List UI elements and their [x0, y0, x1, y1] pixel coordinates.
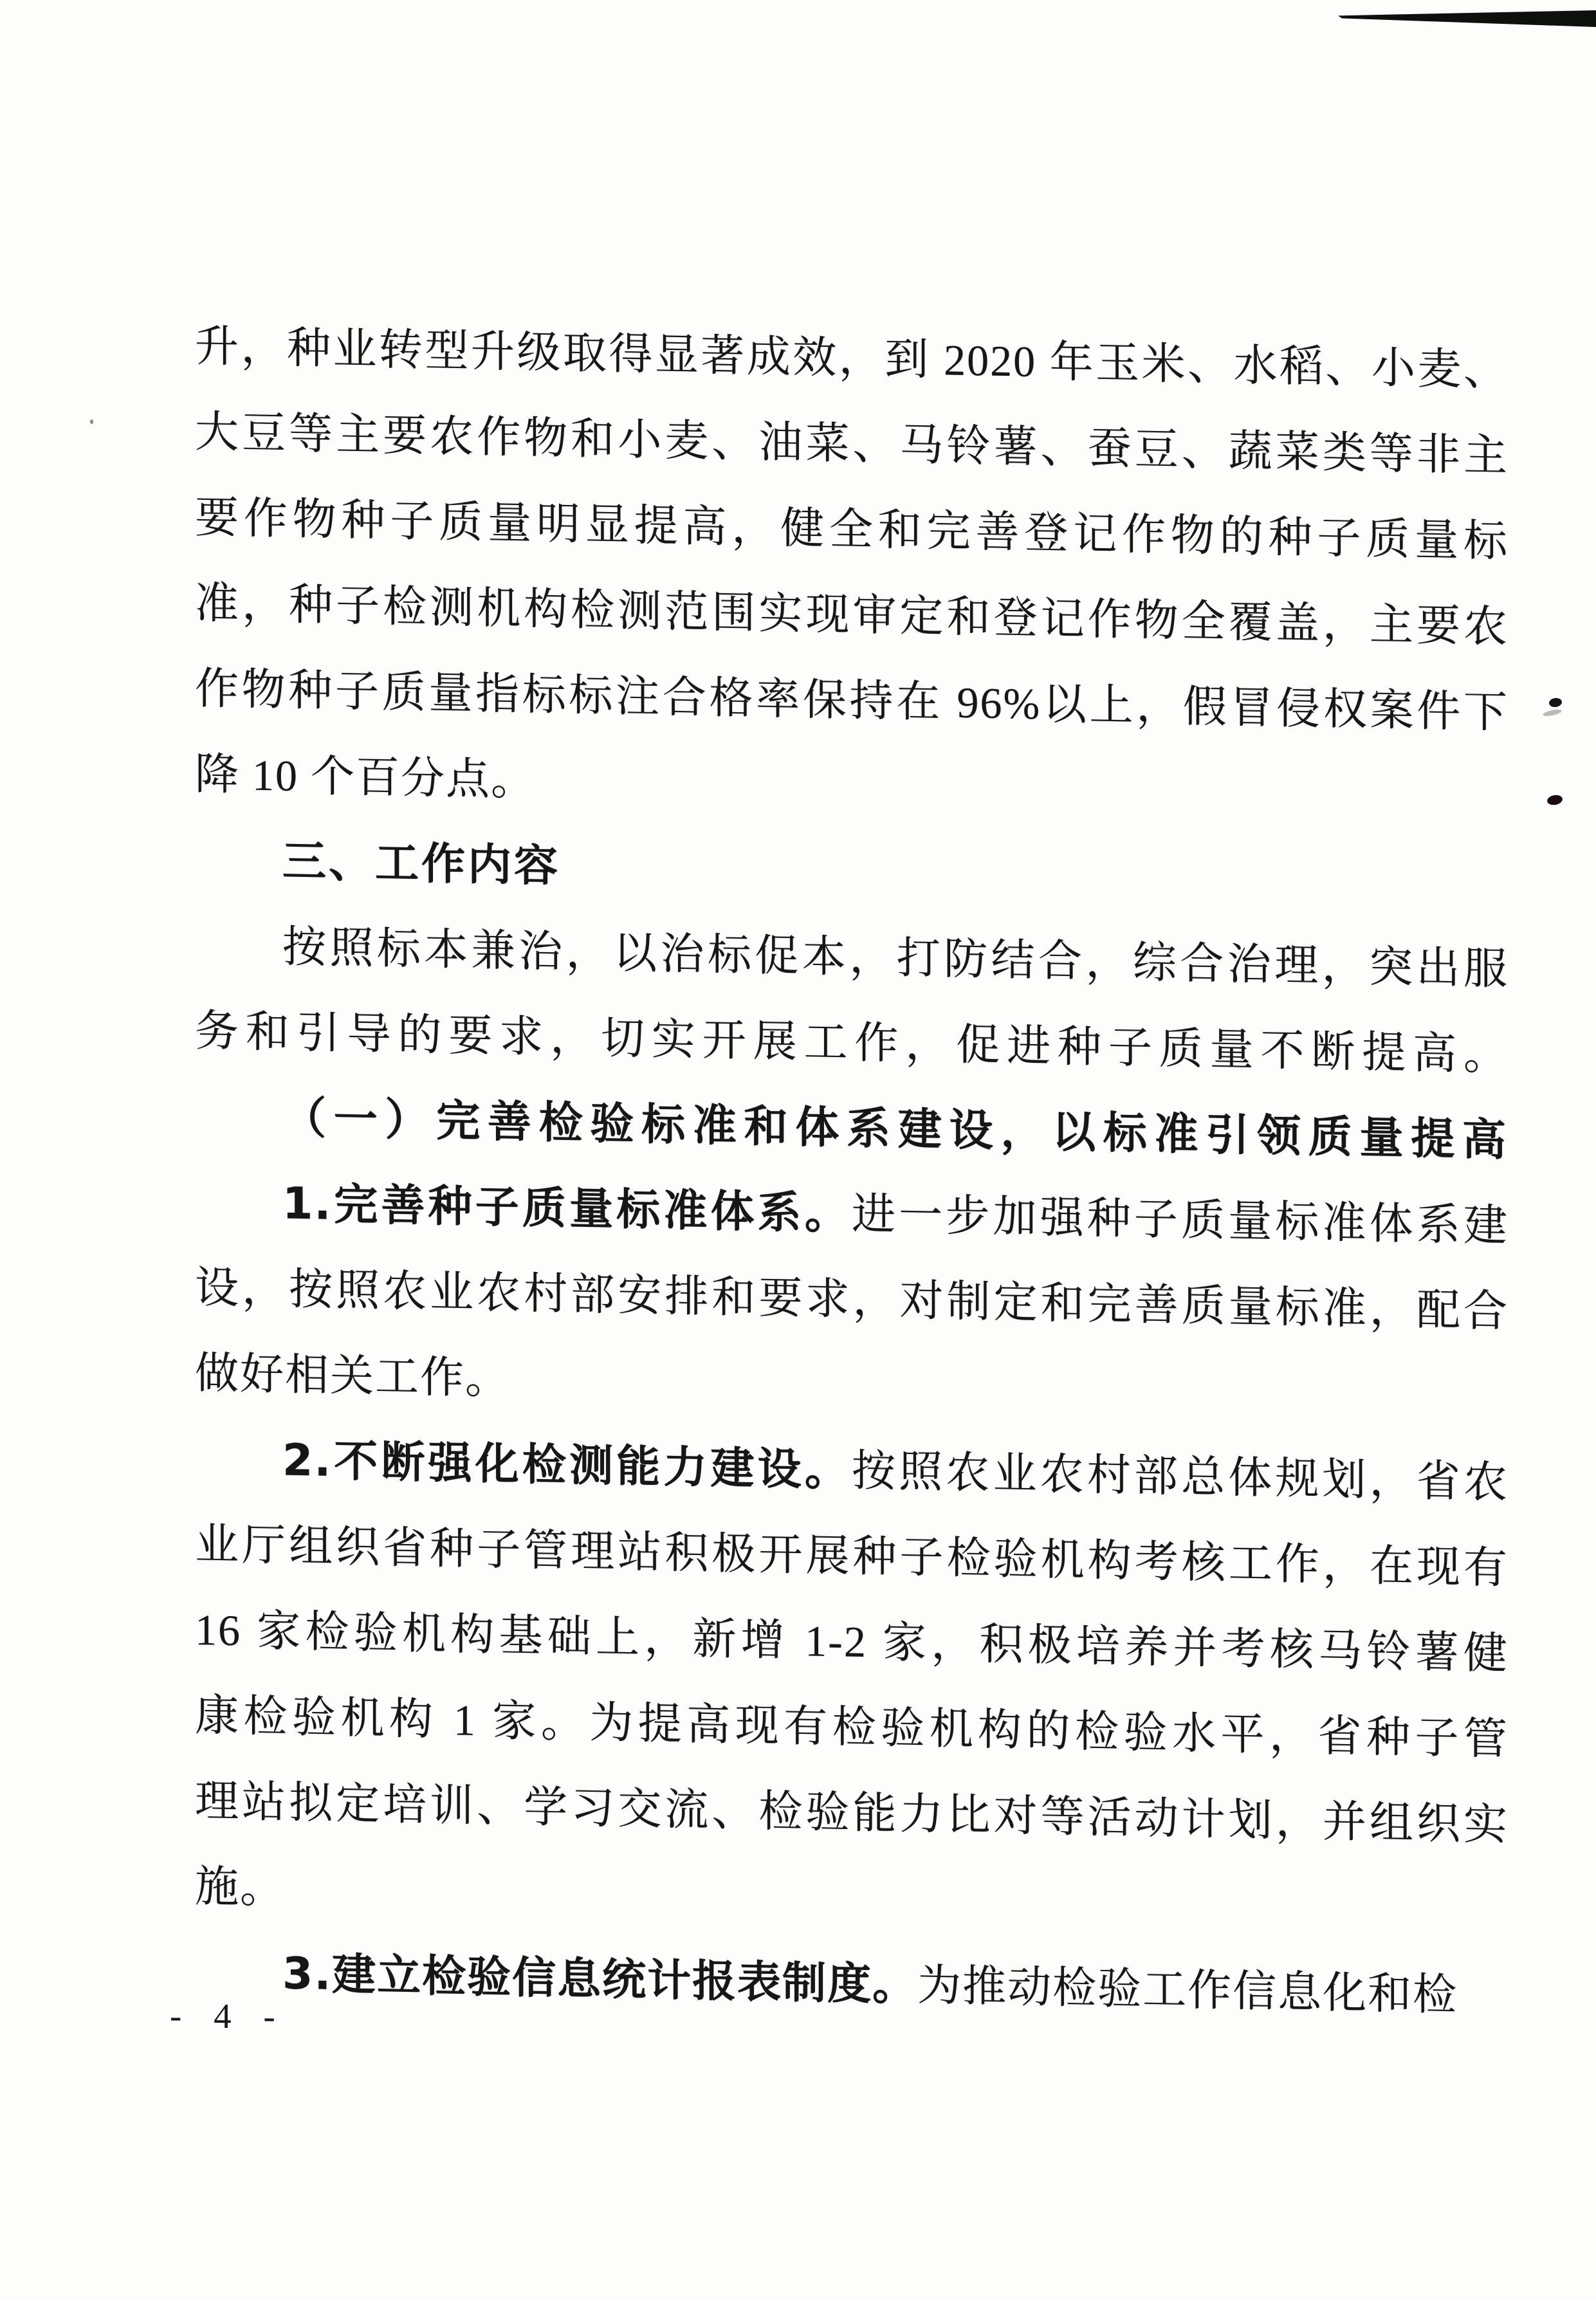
bold-text-segment: 2.不断强化检测能力建设。 [282, 1435, 852, 1496]
bold-text-segment: （一）完善检验标准和体系建设，以标准引领质量提高 [282, 1092, 1509, 1166]
scanned-document-page: 升，种业转型升级取得显著成效，到 2020 年玉米、水稻、小麦、大豆等主要农作物… [0, 0, 1596, 2300]
bold-text-segment: 3.建立检验信息统计报表制度。 [282, 1948, 917, 2010]
text-segment: 16 家检验机构基础上，新增 1-2 家，积极培养并考核马铃薯健 [195, 1605, 1509, 1678]
text-segment: 按照标本兼治，以治标促本，打防结合，综合治理，突出服 [282, 922, 1509, 993]
text-segment: 升，种业转型升级取得显著成效，到 2020 年玉米、水稻、小麦、 [195, 322, 1509, 394]
text-segment: 作物种子质量指标标注合格率保持在 96%以上，假冒侵权案件下 [195, 664, 1509, 737]
ink-speck-artifact [1546, 794, 1563, 806]
text-segment: 要作物种子质量明显提高，健全和完善登记作物的种子质量标 [195, 493, 1509, 566]
ink-speck-artifact [1548, 697, 1563, 708]
document-body: 升，种业转型升级取得显著成效，到 2020 年玉米、水稻、小麦、大豆等主要农作物… [195, 304, 1509, 2039]
text-segment: 业厅组织省种子管理站积极开展种子检验机构考核工作，在现有 [195, 1520, 1509, 1592]
text-segment: 务和引导的要求，切实开展工作，促进种子质量不断提高。 [195, 1006, 1509, 1079]
text-segment: 降 10 个百分点。 [195, 750, 536, 805]
text-segment: 康检验机构 1 家。为提高现有检验机构的检验水平，省种子管 [195, 1691, 1509, 1763]
dust-dot-artifact [90, 419, 93, 424]
text-segment: 设，按照农业农村部安排和要求，对制定和完善质量标准，配合 [195, 1263, 1509, 1336]
bold-text-segment: 1.完善种子质量标准体系。 [282, 1178, 852, 1239]
text-segment: 进一步加强种子质量标准体系建 [852, 1190, 1509, 1251]
text-segment: 做好相关工作。 [195, 1348, 510, 1403]
text-segment: 为推动检验工作信息化和检 [917, 1961, 1458, 2019]
text-segment: 理站拟定培训、学习交流、检验能力比对等活动计划，并组织实 [195, 1776, 1509, 1849]
text-segment: 准，种子检测机构检测范围实现审定和登记作物全覆盖，主要农 [195, 578, 1509, 651]
page-number: - 4 - [170, 1995, 287, 2036]
text-segment: 按照农业农村部总体规划，省农 [852, 1446, 1509, 1507]
text-segment: 施。 [195, 1862, 285, 1913]
text-segment: 大豆等主要农作物和小麦、油菜、马铃薯、蚕豆、蔬菜类等非主 [195, 407, 1509, 480]
bold-text-segment: 三、工作内容 [282, 836, 560, 892]
scan-edge-streak-artifact [1338, 10, 1596, 27]
ink-smudge-artifact [1542, 708, 1562, 717]
